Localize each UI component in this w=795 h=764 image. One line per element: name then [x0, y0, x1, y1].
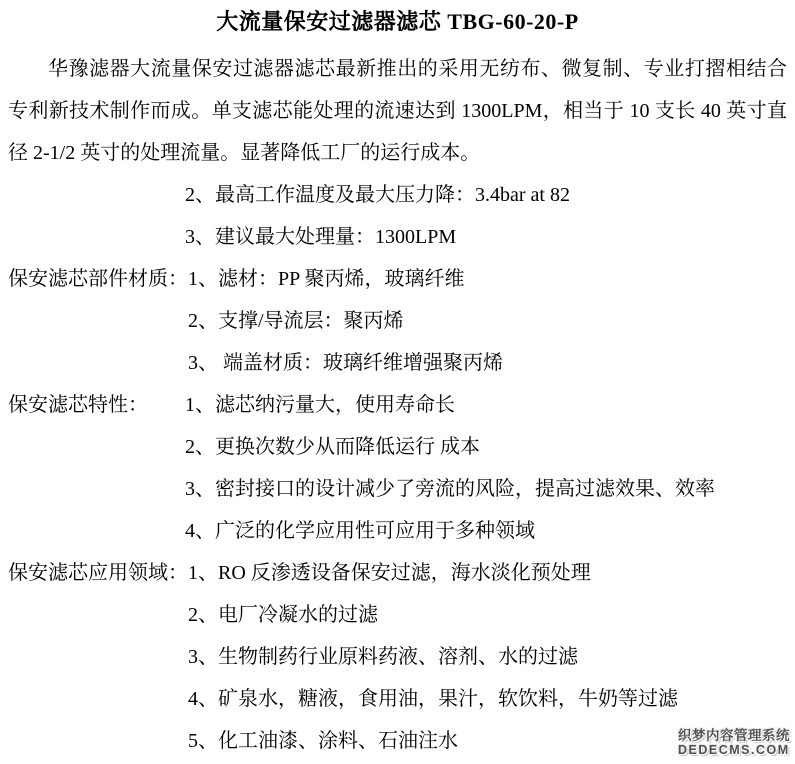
section-materials: 保安滤芯部件材质： 1、滤材：PP 聚丙烯，玻璃纤维 2、支撑/导流层：聚丙烯 … [8, 258, 787, 384]
list-item: 2、更换次数少从而降低运行 成本 [185, 426, 787, 468]
intro-paragraph: 华豫滤器大流量保安过滤器滤芯最新推出的采用无纺布、微复制、专业打摺相结合专利新技… [8, 48, 787, 174]
list-item: 4、广泛的化学应用性可应用于多种领域 [185, 510, 787, 552]
list-item: 2、电厂冷凝水的过滤 [188, 594, 787, 636]
list-item: 2、支撑/导流层：聚丙烯 [188, 300, 787, 342]
list-item: 3、密封接口的设计减少了旁流的风险，提高过滤效果、效率 [185, 468, 787, 510]
section-applications: 保安滤芯应用领域： 1、RO 反渗透设备保安过滤，海水淡化预处理 2、电厂冷凝水… [8, 552, 787, 762]
list-item: 3、生物制药行业原料药液、溶剂、水的过滤 [188, 636, 787, 678]
list-item: 3、 端盖材质：玻璃纤维增强聚丙烯 [188, 342, 787, 384]
section-items: 1、滤材：PP 聚丙烯，玻璃纤维 2、支撑/导流层：聚丙烯 3、 端盖材质：玻璃… [188, 258, 787, 384]
section-specs: 2、最高工作温度及最大压力降：3.4bar at 82 3、建议最大处理量：13… [8, 174, 787, 258]
watermark-cn-text: 织梦内容管理系统 [678, 728, 790, 743]
list-item: 2、最高工作温度及最大压力降：3.4bar at 82 [185, 174, 787, 216]
list-item: 1、RO 反渗透设备保安过滤，海水淡化预处理 [188, 552, 787, 594]
list-item: 1、滤芯纳污量大，使用寿命长 [185, 384, 787, 426]
list-item: 1、滤材：PP 聚丙烯，玻璃纤维 [188, 258, 787, 300]
section-label: 保安滤芯特性： [8, 384, 185, 426]
dedecms-watermark: 织梦内容管理系统 DEDECMS.COM [678, 728, 790, 757]
document-page: 大流量保安过滤器滤芯 TBG-60-20-P 华豫滤器大流量保安过滤器滤芯最新推… [0, 0, 795, 762]
page-title: 大流量保安过滤器滤芯 TBG-60-20-P [8, 6, 787, 38]
section-label: 保安滤芯部件材质： [8, 258, 188, 300]
section-features: 保安滤芯特性： 1、滤芯纳污量大，使用寿命长 2、更换次数少从而降低运行 成本 … [8, 384, 787, 552]
section-items: 1、滤芯纳污量大，使用寿命长 2、更换次数少从而降低运行 成本 3、密封接口的设… [185, 384, 787, 552]
list-item: 4、矿泉水，糖液，食用油，果汁，软饮料，牛奶等过滤 [188, 678, 787, 720]
section-items: 2、最高工作温度及最大压力降：3.4bar at 82 3、建议最大处理量：13… [185, 174, 787, 258]
list-item: 3、建议最大处理量：1300LPM [185, 216, 787, 258]
section-label: 保安滤芯应用领域： [8, 552, 188, 594]
watermark-en-text: DEDECMS.COM [678, 743, 790, 757]
